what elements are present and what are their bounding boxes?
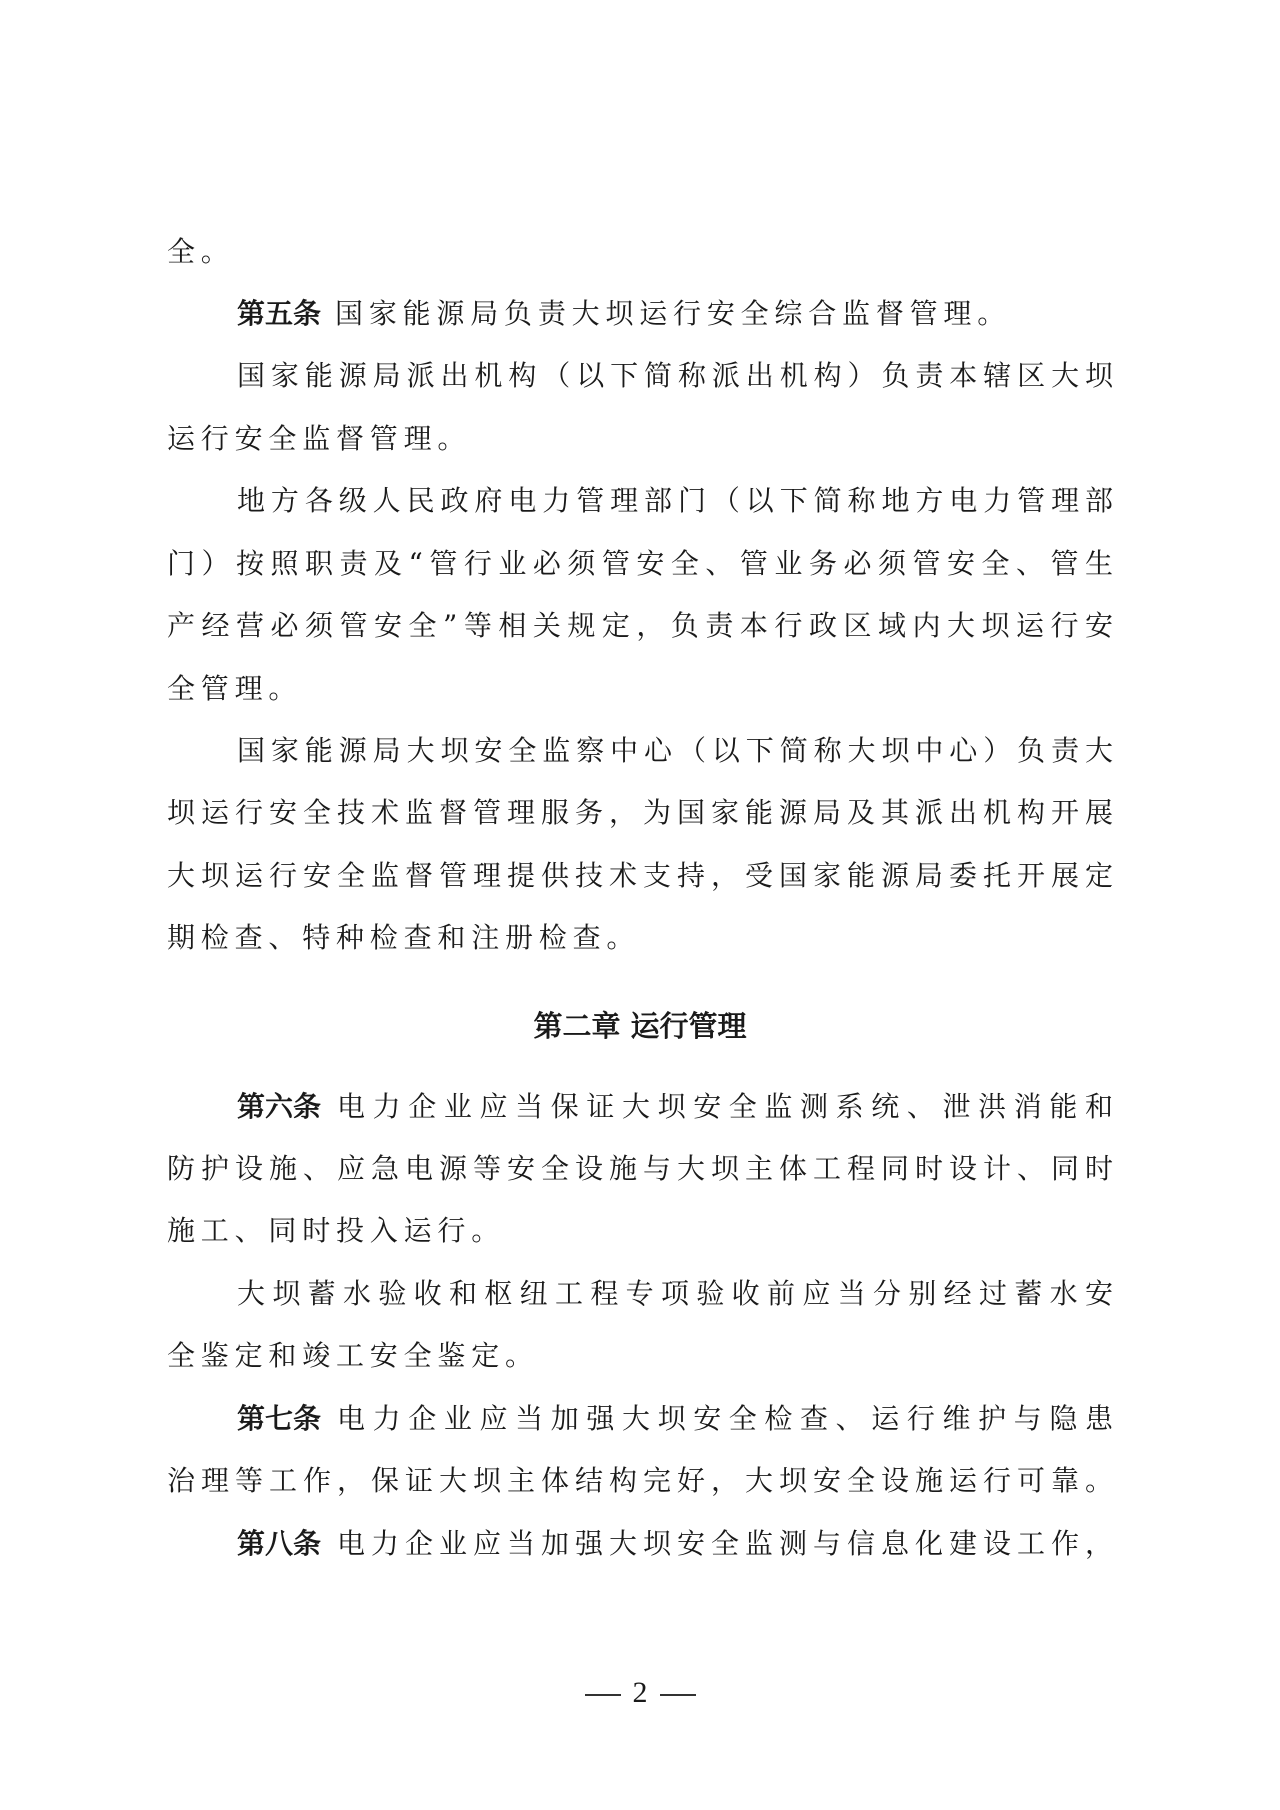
article-8-line: 第八条电力企业应当加强大坝安全监测与信息化建设工作，: [237, 1526, 1113, 1562]
dash-left: [585, 1694, 621, 1696]
body-line: 全。: [167, 234, 1113, 270]
document-page: 全。 第五条国家能源局负责大坝运行安全综合监督管理。 国家能源局派出机构（以下简…: [0, 0, 1280, 1810]
article-text: 电力企业应当加强大坝安全检查、运行维护与隐患: [337, 1401, 1113, 1437]
body-line: 治理等工作，保证大坝主体结构完好，大坝安全设施运行可靠。: [167, 1463, 1113, 1499]
body-line: 国家能源局派出机构（以下简称派出机构）负责本辖区大坝: [237, 358, 1113, 394]
body-line: 坝运行安全技术监督管理服务，为国家能源局及其派出机构开展: [167, 795, 1113, 831]
body-line: 全管理。: [167, 671, 1113, 707]
body-line: 产经营必须管安全”等相关规定，负责本行政区域内大坝运行安: [167, 608, 1113, 644]
article-label: 第五条: [237, 297, 321, 330]
body-line: 国家能源局大坝安全监察中心（以下简称大坝中心）负责大: [237, 733, 1113, 769]
body-line: 地方各级人民政府电力管理部门（以下简称地方电力管理部: [237, 483, 1113, 519]
body-line: 施工、同时投入运行。: [167, 1213, 1113, 1249]
article-text: 电力企业应当加强大坝安全监测与信息化建设工作，: [337, 1526, 1113, 1562]
body-line: 大坝蓄水验收和枢纽工程专项验收前应当分别经过蓄水安: [237, 1276, 1113, 1312]
article-label: 第六条: [237, 1089, 321, 1125]
dash-right: [660, 1694, 696, 1696]
article-7-line: 第七条电力企业应当加强大坝安全检查、运行维护与隐患: [237, 1401, 1113, 1437]
article-6-line: 第六条电力企业应当保证大坝安全监测系统、泄洪消能和: [237, 1089, 1113, 1125]
article-text: 电力企业应当保证大坝安全监测系统、泄洪消能和: [337, 1089, 1113, 1125]
body-line: 防护设施、应急电源等安全设施与大坝主体工程同时设计、同时: [167, 1151, 1113, 1187]
article-label: 第八条: [237, 1526, 321, 1562]
page-footer: 2: [0, 1675, 1280, 1711]
page-number: 2: [633, 1676, 648, 1709]
body-line: 期检查、特种检查和注册检查。: [167, 920, 1113, 956]
article-label: 第七条: [237, 1401, 321, 1437]
body-line: 门）按照职责及“管行业必须管安全、管业务必须管安全、管生: [167, 546, 1113, 582]
body-line: 大坝运行安全监督管理提供技术支持，受国家能源局委托开展定: [167, 858, 1113, 894]
article-text: 国家能源局负责大坝运行安全综合监督管理。: [335, 297, 1011, 330]
body-line: 运行安全监督管理。: [167, 421, 1113, 457]
body-line: 全鉴定和竣工安全鉴定。: [167, 1338, 1113, 1374]
chapter-heading: 第二章 运行管理: [0, 1006, 1280, 1046]
article-5-line: 第五条国家能源局负责大坝运行安全综合监督管理。: [237, 296, 1113, 332]
